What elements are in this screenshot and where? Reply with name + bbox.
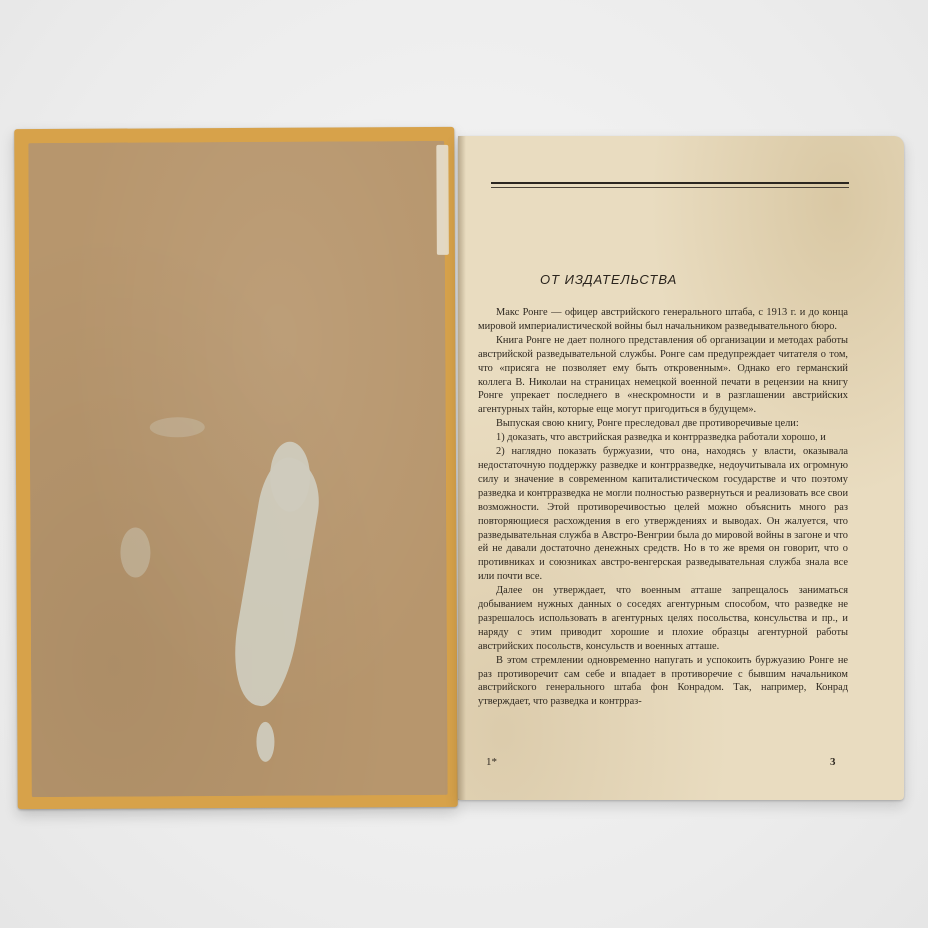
torn-endpaper-strip	[436, 145, 449, 255]
paragraph: Выпуская свою книгу, Ронге преследовал д…	[478, 417, 848, 431]
paper-scuff-mark	[256, 722, 274, 762]
paper-scuff-mark	[120, 527, 150, 577]
cover-board	[28, 141, 447, 797]
paper-scuff-mark	[270, 442, 310, 512]
paragraph: В этом стремлении одновременно напугать …	[478, 654, 848, 710]
printed-page: ОТ ИЗДАТЕЛЬСТВА Макс Ронге — офицер авст…	[458, 136, 904, 800]
book-cover-inside	[14, 127, 458, 809]
page-title: ОТ ИЗДАТЕЛЬСТВА	[540, 272, 677, 287]
header-double-rule	[491, 182, 849, 188]
page-gutter-shadow	[458, 136, 466, 800]
paragraph: 1) доказать, что австрийская разведка и …	[478, 431, 848, 445]
page-number: 3	[830, 756, 836, 768]
paper-scuff-mark	[150, 417, 205, 437]
paragraph: Макс Ронге — офицер австрийского генерал…	[478, 306, 848, 334]
body-text: Макс Ронге — офицер австрийского генерал…	[478, 306, 848, 709]
paragraph: Книга Ронге не дает полного представлени…	[478, 334, 848, 417]
paragraph: 2) наглядно показать буржуазии, что она,…	[478, 445, 848, 584]
signature-mark: 1*	[486, 756, 497, 768]
paragraph: Далее он утверждает, что военным атташе …	[478, 584, 848, 654]
